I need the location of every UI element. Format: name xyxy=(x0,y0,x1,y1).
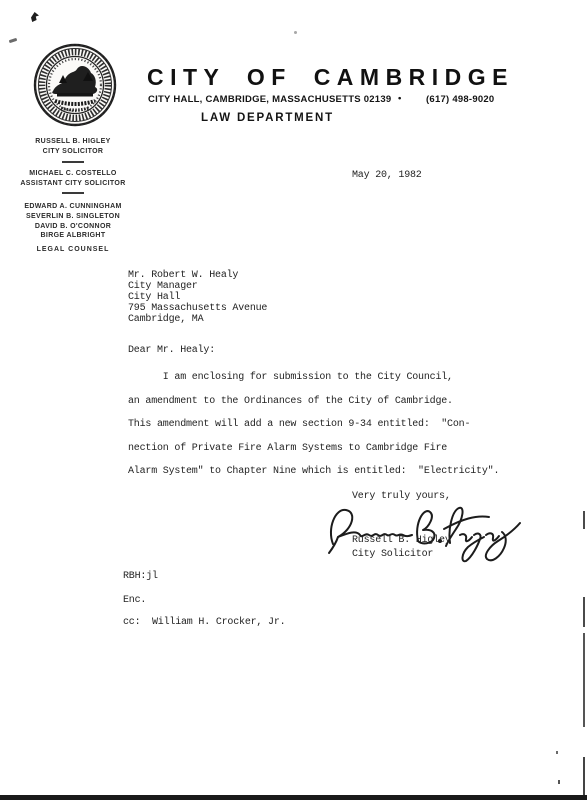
scan-speck xyxy=(294,31,297,34)
staff-counsel-name: DAVID B. O'CONNOR xyxy=(0,223,146,230)
scan-edge-line xyxy=(583,757,585,797)
letterhead-bullet: • xyxy=(398,93,402,104)
scan-edge-line xyxy=(583,597,585,627)
letter-date: May 20, 1982 xyxy=(352,170,422,182)
scanned-letter-page: CITY OF CAMBRIDGE CITY HALL, CAMBRIDGE, … xyxy=(0,0,587,800)
body-line: an amendment to the Ordinances of the Ci… xyxy=(128,396,453,408)
city-seal-icon xyxy=(33,43,117,127)
scan-speck xyxy=(556,751,558,754)
staff-solicitor-name: RUSSELL B. HIGLEY xyxy=(0,138,146,145)
letterhead-address: CITY HALL, CAMBRIDGE, MASSACHUSETTS 0213… xyxy=(148,94,391,105)
scan-edge-line xyxy=(583,633,585,727)
scan-speck xyxy=(31,12,39,22)
enclosure-note: Enc. xyxy=(123,595,146,607)
recipient-address-block: Mr. Robert W. Healy City Manager City Ha… xyxy=(128,271,267,326)
signed-title: City Solicitor xyxy=(352,549,433,561)
staff-assistant-name: MICHAEL C. COSTELLO xyxy=(0,170,146,177)
scan-speck xyxy=(9,38,18,43)
recipient-line: 795 Massachusetts Avenue xyxy=(128,304,267,315)
staff-solicitor-title: CITY SOLICITOR xyxy=(0,148,146,155)
body-line: Alarm System" to Chapter Nine which is e… xyxy=(128,466,499,478)
letterhead-phone: (617) 498-9020 xyxy=(426,94,494,105)
staff-counsel-name: EDWARD A. CUNNINGHAM xyxy=(0,203,146,210)
scan-bottom-bar xyxy=(0,795,587,800)
letterhead-department: LAW DEPARTMENT xyxy=(201,112,334,124)
sidebar-divider xyxy=(62,192,84,194)
sidebar-divider xyxy=(62,161,84,163)
body-line: This amendment will add a new section 9-… xyxy=(128,419,470,431)
signed-name: Russell B. Higley xyxy=(352,535,451,547)
body-line: I am enclosing for submission to the Cit… xyxy=(128,372,453,384)
scan-edge-line xyxy=(583,511,585,529)
scan-speck xyxy=(558,780,560,784)
body-line: nection of Private Fire Alarm Systems to… xyxy=(128,443,447,455)
reference-initials: RBH:jl xyxy=(123,571,158,583)
staff-assistant-title: ASSISTANT CITY SOLICITOR xyxy=(0,180,146,187)
cc-line: cc: William H. Crocker, Jr. xyxy=(123,617,285,629)
recipient-line: Cambridge, MA xyxy=(128,315,267,326)
salutation: Dear Mr. Healy: xyxy=(128,345,215,357)
staff-counsel-name: SEVERLIN B. SINGLETON xyxy=(0,213,146,220)
letterhead-title: CITY OF CAMBRIDGE xyxy=(147,64,514,91)
staff-counsel-title: LEGAL COUNSEL xyxy=(0,246,146,253)
staff-counsel-name: BIRGE ALBRIGHT xyxy=(0,232,146,239)
